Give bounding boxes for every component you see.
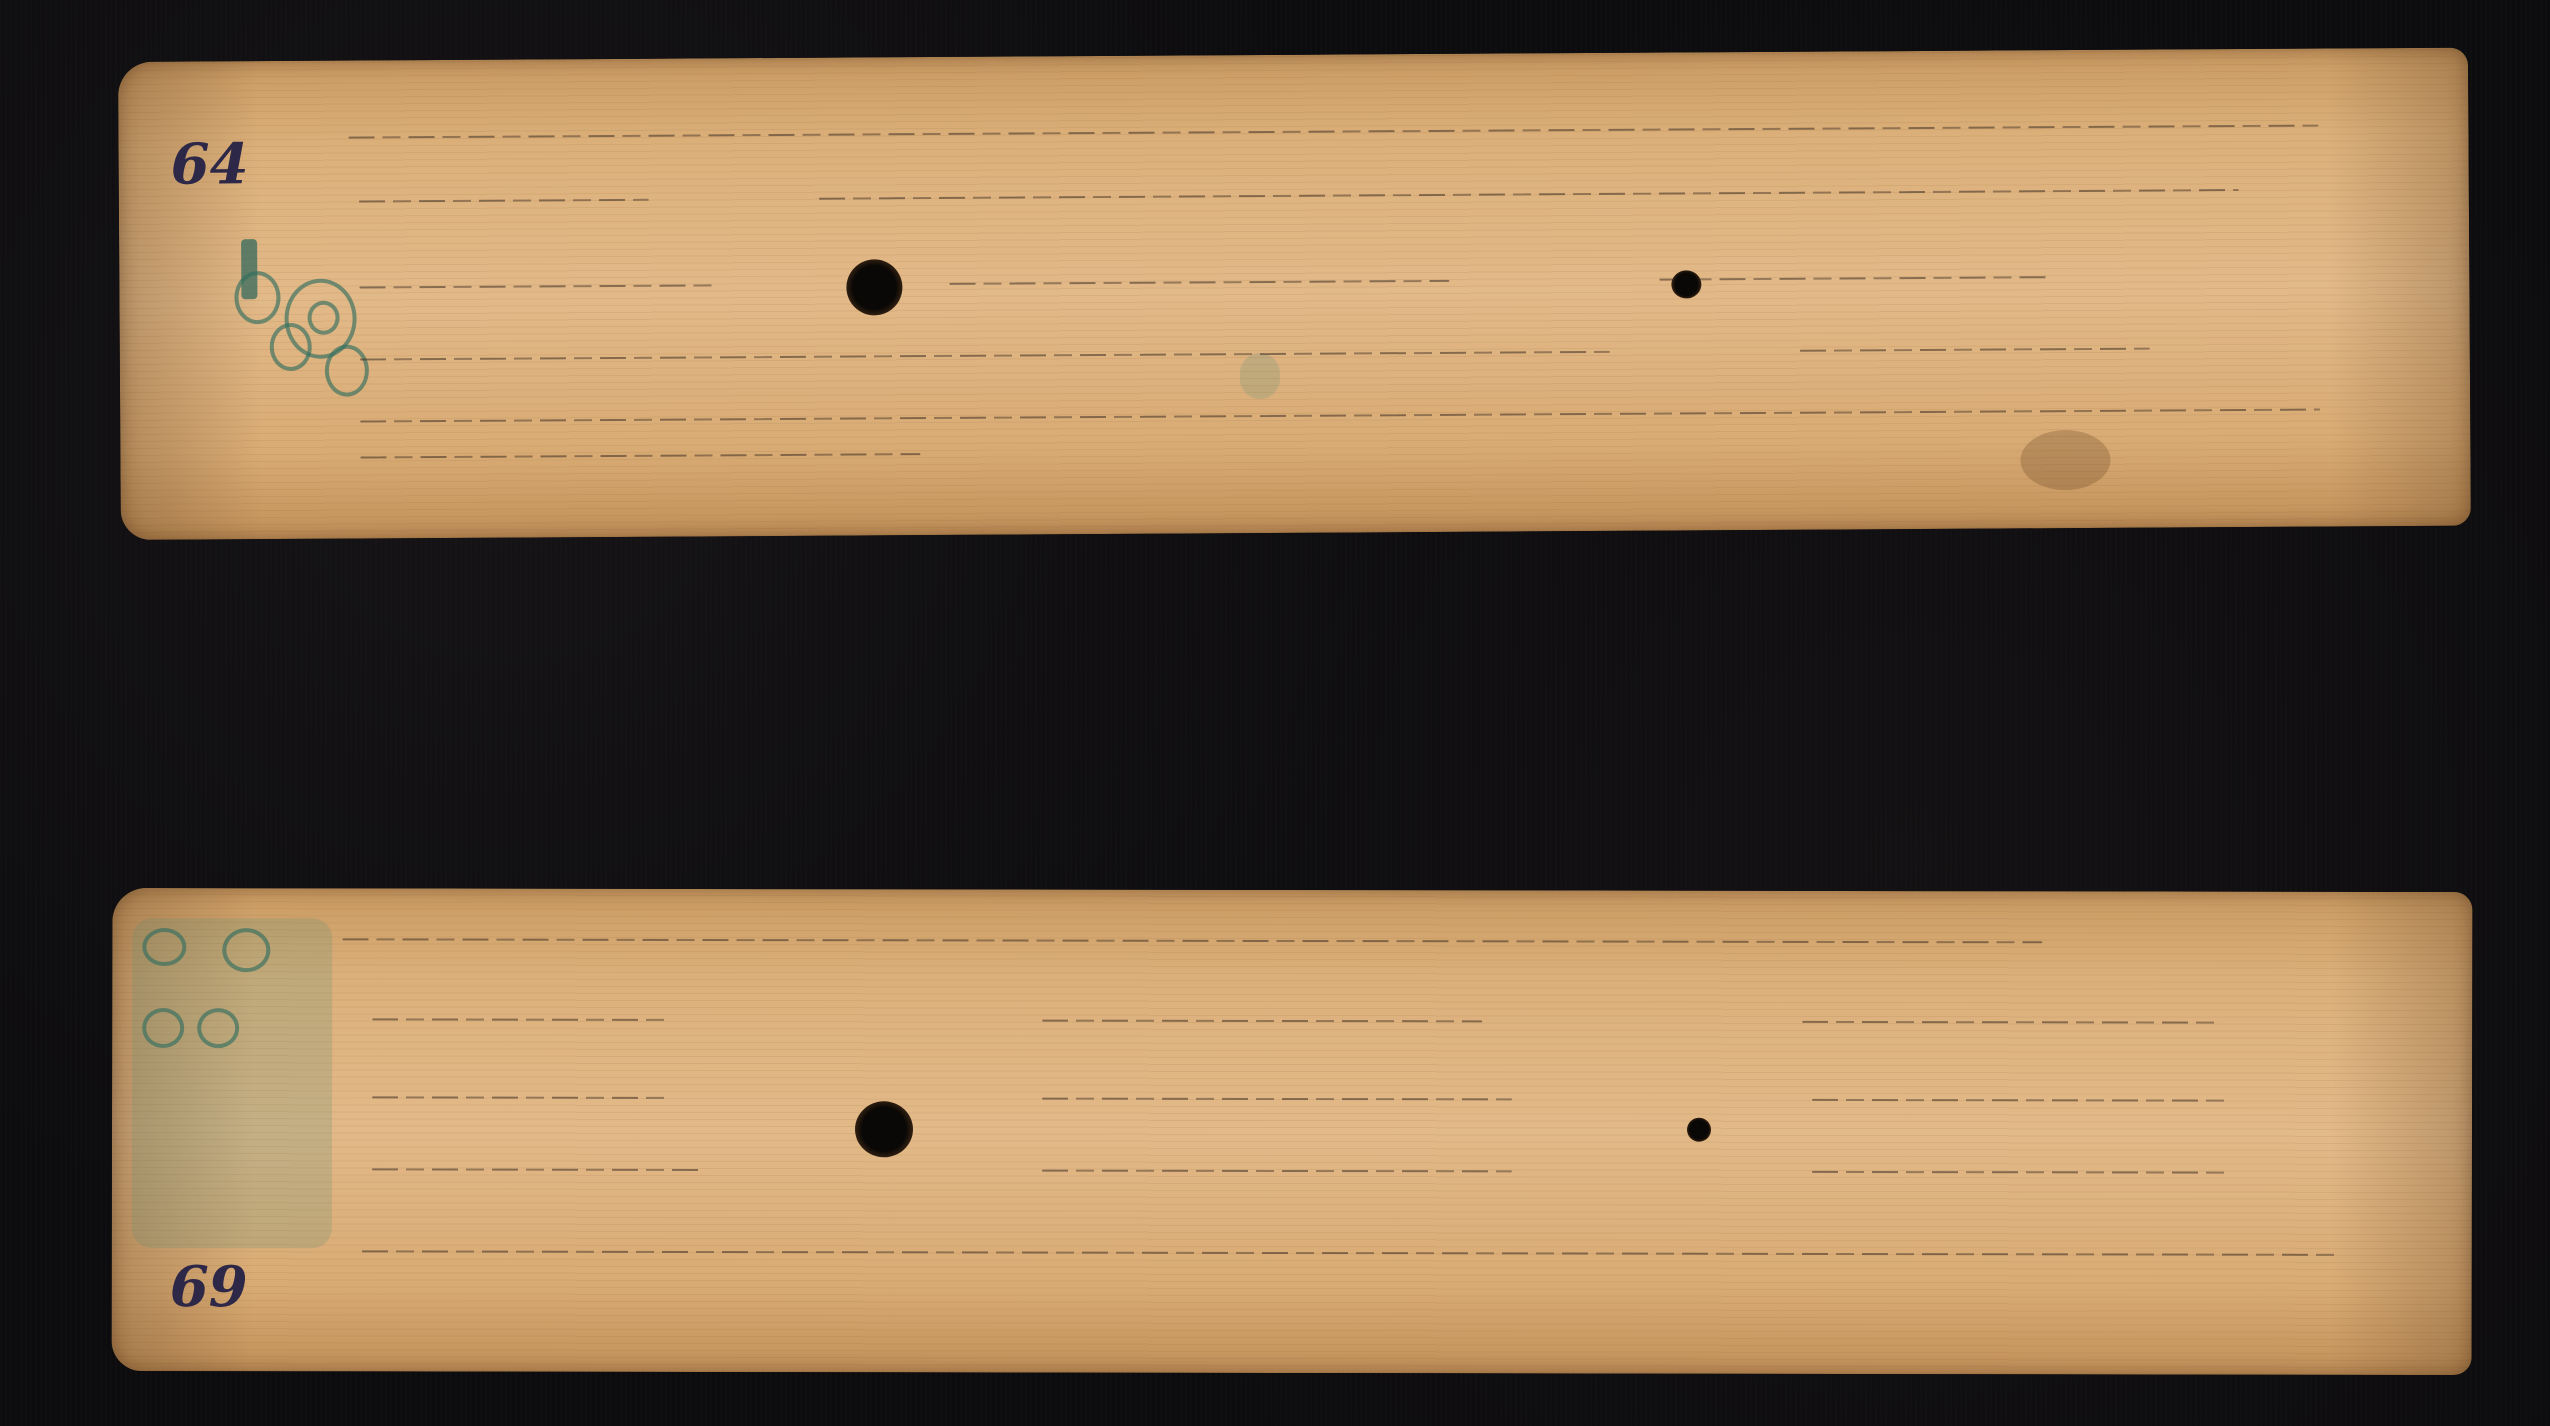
green-ink-smudge	[1240, 353, 1280, 399]
script-line	[949, 280, 1449, 285]
green-margin-char	[222, 928, 270, 972]
script-line	[1042, 1170, 1512, 1173]
green-margin-char	[197, 1008, 239, 1048]
binding-hole-large	[855, 1101, 913, 1157]
script-line	[372, 1018, 672, 1021]
script-line	[1812, 1171, 2232, 1174]
folio-number-top: 64	[170, 131, 248, 197]
script-line	[1812, 1099, 2232, 1102]
palm-leaf-folio-bottom: 69	[112, 888, 2473, 1375]
script-line	[1659, 276, 2049, 280]
script-line	[342, 938, 2042, 943]
green-cross-circle-icon	[270, 323, 312, 371]
folio-number-bottom: 69	[170, 1254, 248, 1320]
script-line	[372, 1096, 672, 1099]
leaf-stain	[2020, 430, 2110, 491]
palm-leaf-folio-top: 64	[118, 48, 2471, 540]
binding-hole-small	[1687, 1118, 1711, 1142]
script-line	[819, 189, 2239, 200]
script-line	[359, 199, 649, 203]
binding-hole-large	[846, 259, 902, 315]
script-line	[1802, 1021, 2222, 1024]
script-line	[359, 284, 719, 288]
green-spiral-inner-icon	[307, 301, 339, 335]
script-line	[1042, 1098, 1512, 1101]
binding-hole-small	[1671, 270, 1701, 298]
script-line	[1800, 348, 2150, 352]
green-cross-circle-icon	[325, 344, 369, 396]
script-line	[362, 1250, 2342, 1255]
script-line	[1042, 1020, 1482, 1023]
script-line	[372, 1168, 702, 1171]
script-line	[348, 125, 2318, 139]
green-margin-char	[142, 1008, 184, 1048]
green-cross-circle-icon	[234, 271, 280, 324]
script-line	[360, 351, 1610, 361]
green-margin-char	[142, 928, 186, 966]
script-line	[360, 409, 2320, 423]
script-line	[360, 453, 920, 458]
